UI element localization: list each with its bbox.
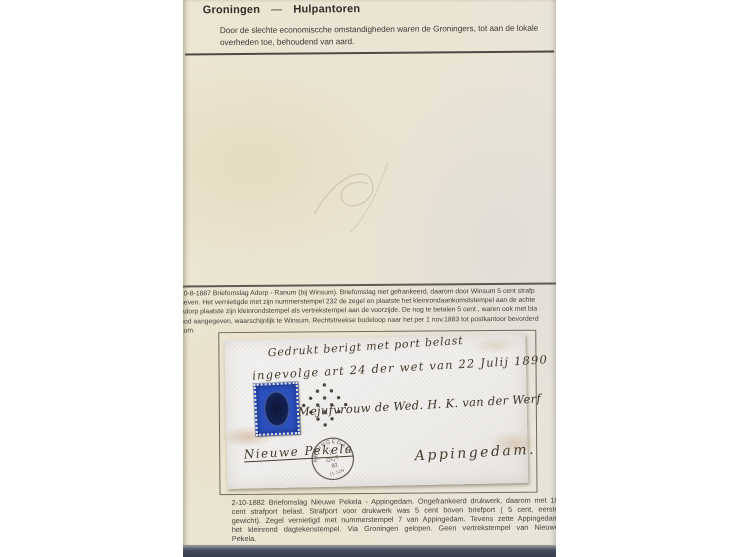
page-content: Groningen — Hulpantoren Door de slechte … <box>183 0 556 546</box>
handwritten-destination: Appingedam. <box>414 442 536 465</box>
envelope-mount-frame: Gedrukt berigt met port belast ingevolge… <box>218 330 537 495</box>
header-title: Hulpantoren <box>293 3 360 16</box>
toning-stain-top <box>470 336 520 355</box>
cover2-description: 2-10-1882 Briefomslag Nieuwe Pekela - Ap… <box>232 496 556 544</box>
appingedam-datestamp: APPINGEDAM 2 OCT 82 11-12N <box>303 429 363 489</box>
header-region: Groningen <box>203 4 261 16</box>
intro-paragraph: Door de slechte economiscche omstandighe… <box>220 22 554 49</box>
intro-line: overheden toe, behoudend van aard. <box>220 34 554 49</box>
handwritten-notation-line1: Gedrukt berigt met port belast <box>267 334 463 359</box>
header-dash: — <box>271 4 282 16</box>
table-edge-shadow <box>183 545 556 557</box>
stamp-oval-design <box>263 390 291 427</box>
photo-of-album-page: Groningen — Hulpantoren Door de slechte … <box>0 0 740 557</box>
cover1-description: 10-8-1887 Briefomslag Adorp - Ranum (bij… <box>183 286 556 335</box>
envelope-photo: Gedrukt berigt met port belast ingevolge… <box>224 334 528 489</box>
pencil-sketch-marks <box>300 147 441 248</box>
divider-line-top <box>185 51 554 56</box>
postage-stamp <box>254 382 300 436</box>
page-header: Groningen — Hulpantoren <box>203 3 361 16</box>
album-page: Groningen — Hulpantoren Door de slechte … <box>183 0 556 546</box>
